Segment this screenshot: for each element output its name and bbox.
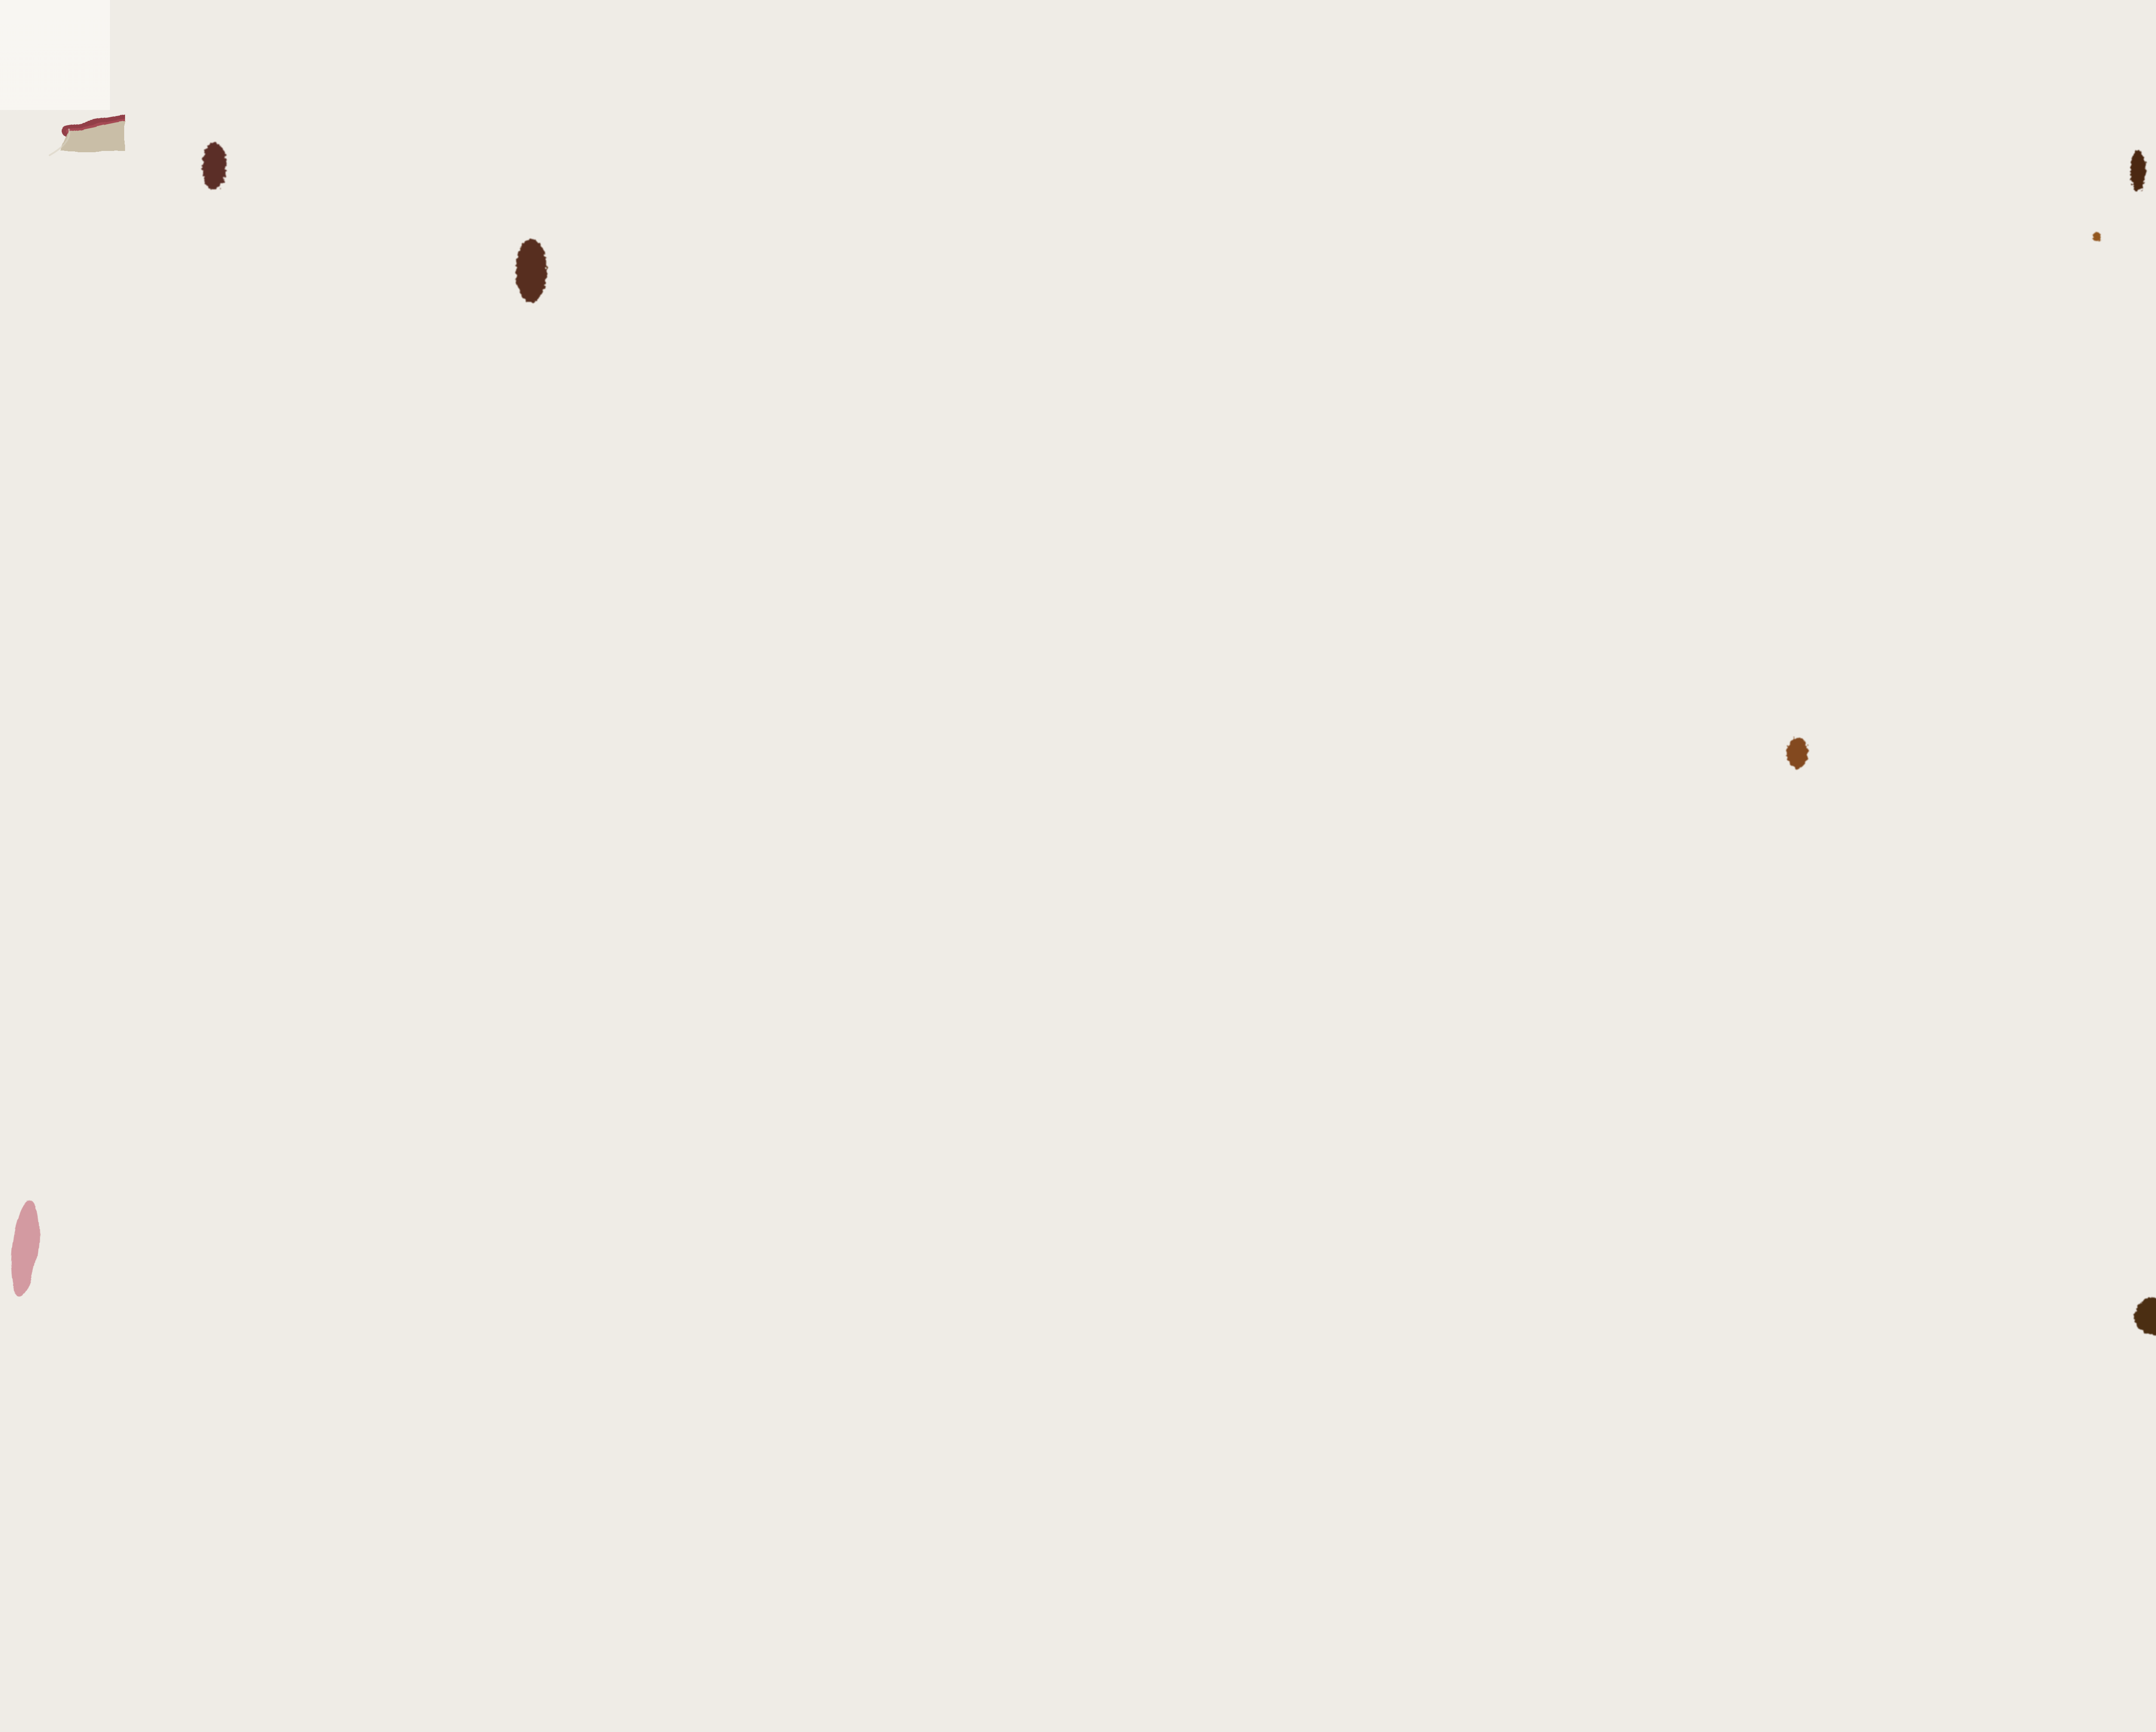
paper-texture bbox=[0, 26, 2156, 1630]
folio-scene bbox=[0, 0, 2156, 1732]
photograph-of-tibetan-folio: 134. 473 bbox=[0, 0, 2156, 1732]
